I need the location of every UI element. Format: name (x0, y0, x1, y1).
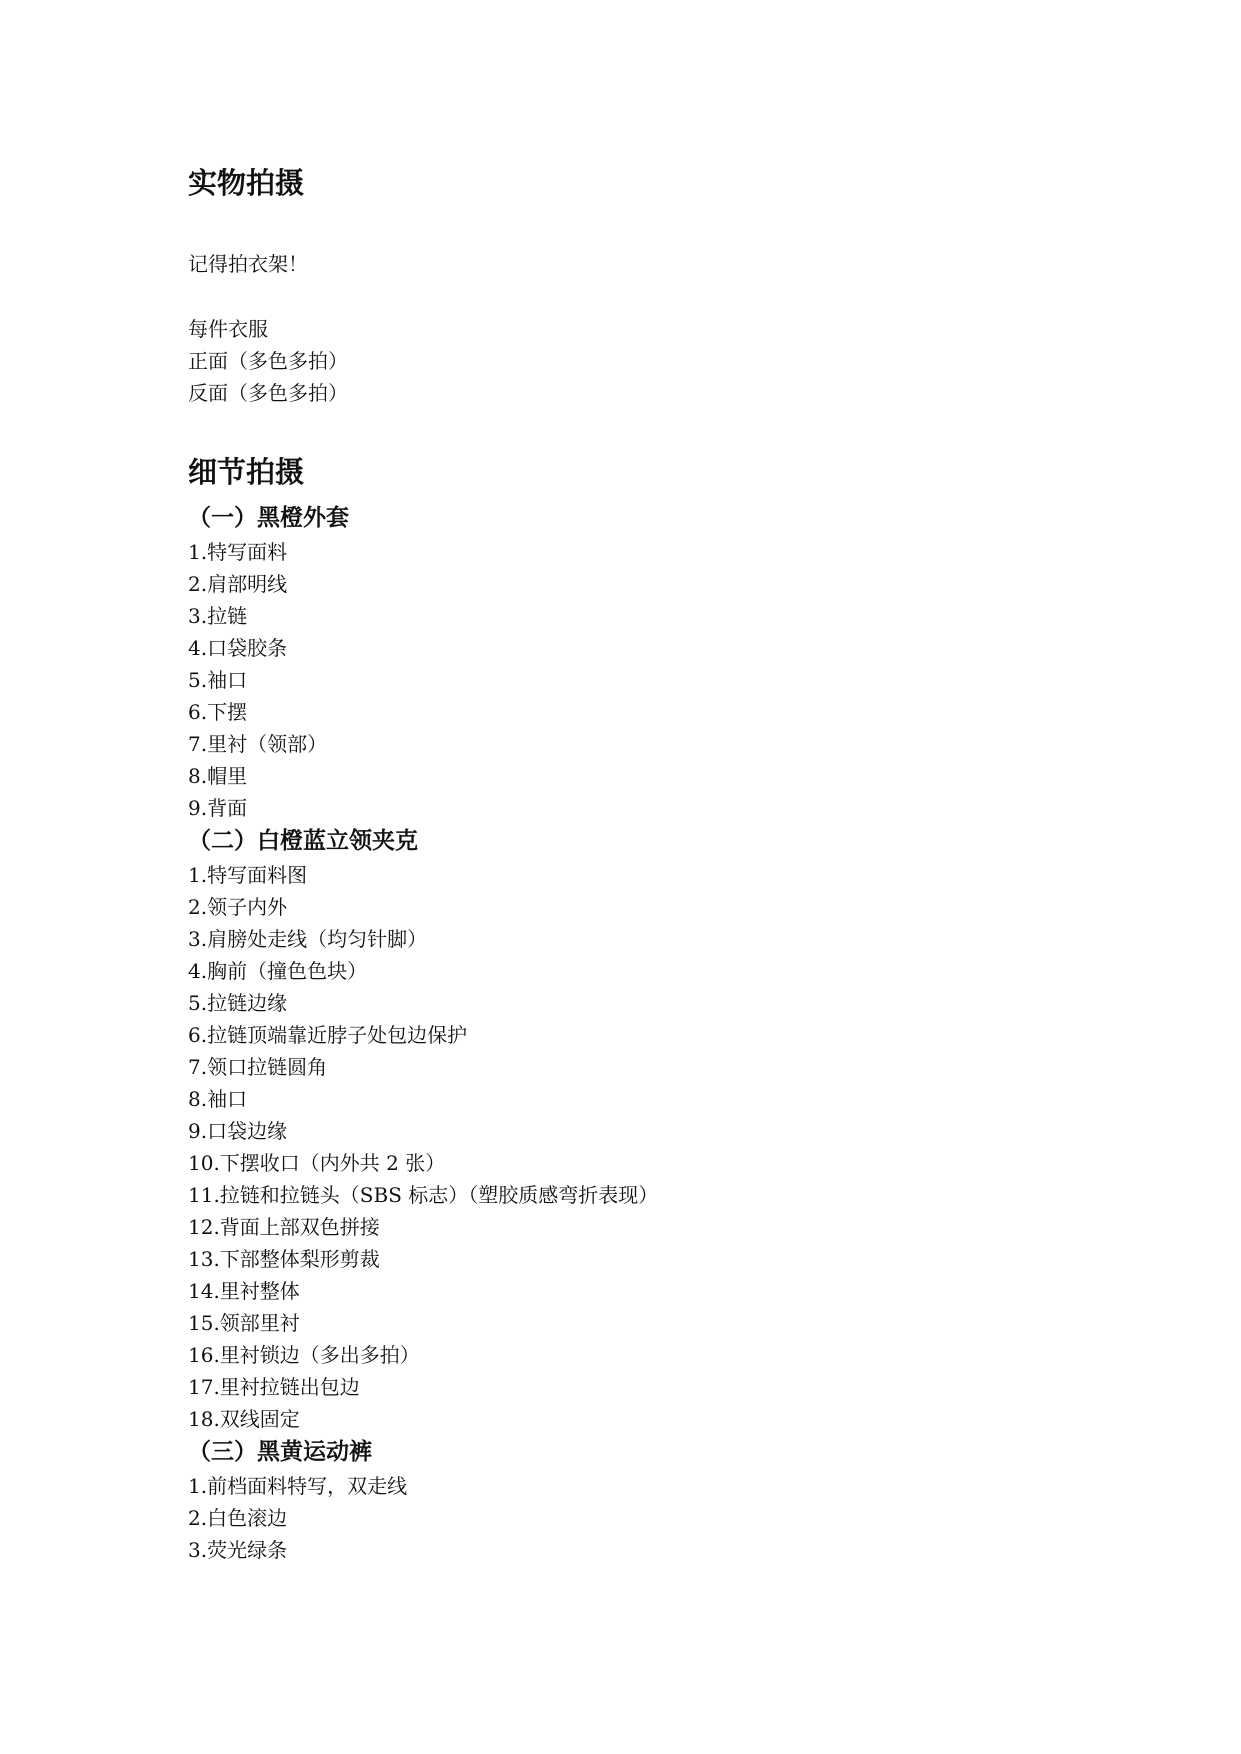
list-item: 14.里衬整体 (188, 1277, 300, 1305)
list-item: 10.下摆收口（内外共 2 张） (188, 1149, 445, 1177)
list-item: 13.下部整体梨形剪裁 (188, 1245, 380, 1273)
list-item: 9.口袋边缘 (188, 1117, 287, 1145)
list-item: 5.拉链边缘 (188, 989, 287, 1017)
line-front: 正面（多色多拍） (188, 347, 348, 375)
list-item: 7.领口拉链圆角 (188, 1053, 327, 1081)
note-hanger: 记得拍衣架！ (188, 250, 308, 278)
list-item: 1.前档面料特写，双走线 (188, 1472, 407, 1500)
list-item: 1.特写面料 (188, 538, 287, 566)
list-item: 17.里衬拉链出包边 (188, 1373, 360, 1401)
section-title-detail-photos: 细节拍摄 (188, 454, 304, 490)
list-item: 8.帽里 (188, 762, 247, 790)
list-item: 12.背面上部双色拼接 (188, 1213, 380, 1241)
group-heading-2: （二）白橙蓝立领夹克 (188, 826, 418, 856)
list-item: 2.白色滚边 (188, 1504, 287, 1532)
group-heading-3: （三）黑黄运动裤 (188, 1437, 372, 1467)
list-item: 3.肩膀处走线（均匀针脚） (188, 925, 427, 953)
list-item: 11.拉链和拉链头（SBS 标志）（塑胶质感弯折表现） (188, 1181, 658, 1209)
list-item: 6.下摆 (188, 698, 247, 726)
list-item: 3.拉链 (188, 602, 247, 630)
list-item: 4.胸前（撞色色块） (188, 957, 367, 985)
list-item: 7.里衬（领部） (188, 730, 327, 758)
list-item: 9.背面 (188, 794, 247, 822)
list-item: 1.特写面料图 (188, 861, 307, 889)
list-item: 18.双线固定 (188, 1405, 300, 1433)
line-each-garment: 每件衣服 (188, 315, 268, 343)
section-title-product-photos: 实物拍摄 (188, 165, 304, 201)
list-item: 3.荧光绿条 (188, 1536, 287, 1564)
list-item: 2.肩部明线 (188, 570, 287, 598)
list-item: 15.领部里衬 (188, 1309, 300, 1337)
list-item: 8.袖口 (188, 1085, 247, 1113)
list-item: 16.里衬锁边（多出多拍） (188, 1341, 420, 1369)
list-item: 2.领子内外 (188, 893, 287, 921)
list-item: 4.口袋胶条 (188, 634, 287, 662)
list-item: 5.袖口 (188, 666, 247, 694)
list-item: 6.拉链顶端靠近脖子处包边保护 (188, 1021, 467, 1049)
line-back: 反面（多色多拍） (188, 379, 348, 407)
group-heading-1: （一）黑橙外套 (188, 503, 349, 533)
